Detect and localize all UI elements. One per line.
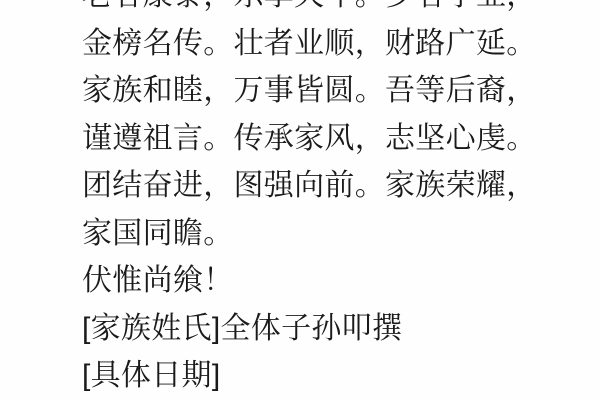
document-page: 老者康泰，乐享天年。少者学业， 金榜名传。壮者业顺，财路广延。 家族和睦，万事皆… — [0, 0, 600, 400]
text-line-2: 金榜名传。壮者业顺，财路广延。 — [82, 20, 552, 68]
text-line-7: 伏惟尚飨！ — [82, 257, 552, 305]
text-line-5: 团结奋进，图强向前。家族荣耀， — [82, 162, 552, 210]
text-line-1: 老者康泰，乐享天年。少者学业， — [82, 0, 552, 20]
text-line-3: 家族和睦，万事皆圆。吾等后裔， — [82, 67, 552, 115]
text-line-6: 家国同瞻。 — [82, 210, 552, 258]
memorial-text-block: 老者康泰，乐享天年。少者学业， 金榜名传。壮者业顺，财路广延。 家族和睦，万事皆… — [82, 0, 552, 400]
text-line-8: [家族姓氏]全体子孙叩撰 — [82, 305, 552, 353]
text-line-9: [具体日期] — [82, 352, 552, 400]
text-line-4: 谨遵祖言。传承家风，志坚心虔。 — [82, 115, 552, 163]
